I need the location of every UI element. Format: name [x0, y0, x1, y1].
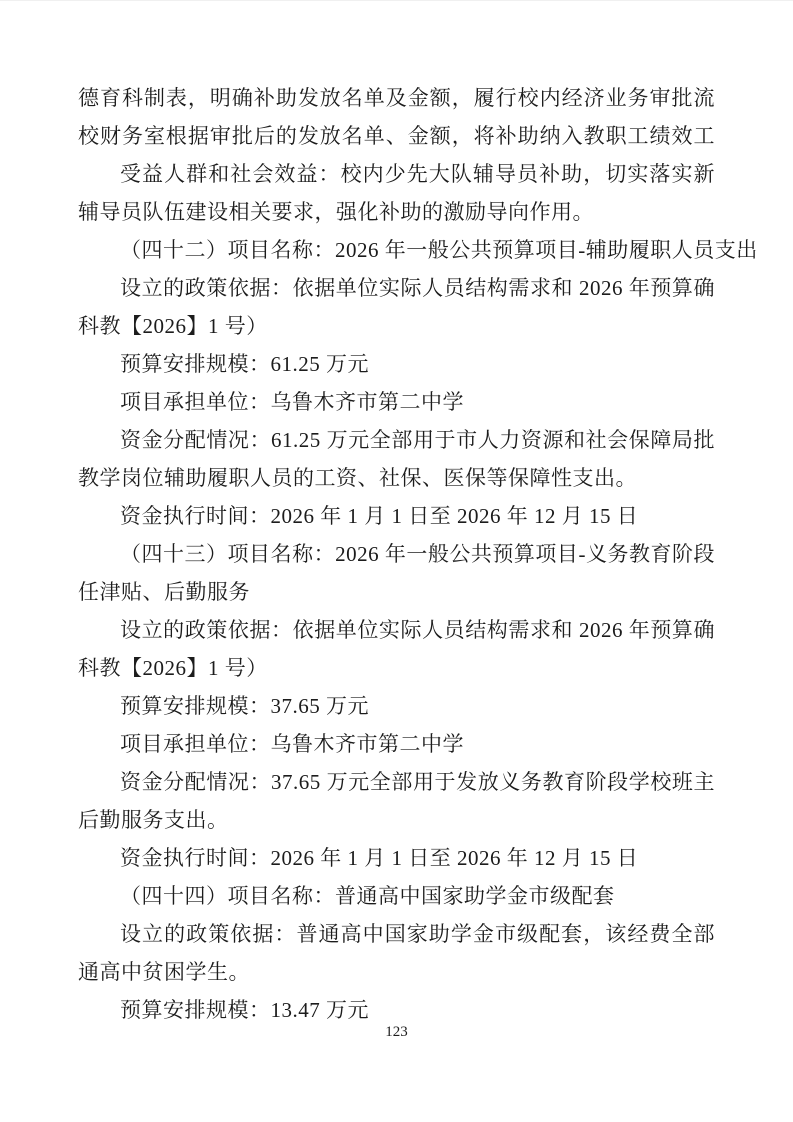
text-line: 资金执行时间：2026 年 1 月 1 日至 2026 年 12 月 15 日 — [78, 497, 715, 535]
text-line: 资金分配情况：61.25 万元全部用于市人力资源和社会保障局批复的教育 — [78, 421, 715, 459]
page-number: 123 — [385, 1022, 408, 1042]
text-line: 任津贴、后勤服务 — [78, 573, 715, 611]
text-line: 设立的政策依据：普通高中国家助学金市级配套，该经费全部用于资助普 — [78, 915, 715, 953]
text-line: 通高中贫困学生。 — [78, 953, 715, 991]
text-line: 受益人群和社会效益：校内少先大队辅导员补助，切实落实新时代少先队 — [78, 155, 715, 193]
text-line: 科教【2026】1 号） — [78, 307, 715, 345]
text-line: 资金分配情况：37.65 万元全部用于发放义务教育阶段学校班主任津贴、 — [78, 763, 715, 801]
text-line: 科教【2026】1 号） — [78, 649, 715, 687]
text-line: 后勤服务支出。 — [78, 801, 715, 839]
text-line: 设立的政策依据：依据单位实际人员结构需求和 2026 年预算确定（乌财 — [78, 611, 715, 649]
text-line: 校财务室根据审批后的发放名单、金额，将补助纳入教职工绩效工资统一发放。 — [78, 117, 715, 155]
text-line: （四十三）项目名称：2026 年一般公共预算项目-义务教育阶段学校班主 — [78, 535, 715, 573]
text-line: 教学岗位辅助履职人员的工资、社保、医保等保障性支出。 — [78, 459, 715, 497]
page-footer: 123 — [0, 1022, 793, 1042]
text-line: （四十四）项目名称：普通高中国家助学金市级配套 — [78, 877, 715, 915]
document-page: 德育科制表，明确补助发放名单及金额，履行校内经济业务审批流程；（6）学校财务室根… — [0, 0, 793, 1122]
text-line: 预算安排规模：61.25 万元 — [78, 345, 715, 383]
text-line: 项目承担单位：乌鲁木齐市第二中学 — [78, 725, 715, 763]
text-line: 设立的政策依据：依据单位实际人员结构需求和 2026 年预算确定（乌财 — [78, 269, 715, 307]
text-line: 辅导员队伍建设相关要求，强化补助的激励导向作用。 — [78, 193, 715, 231]
text-line: 预算安排规模：37.65 万元 — [78, 687, 715, 725]
document-body: 德育科制表，明确补助发放名单及金额，履行校内经济业务审批流程；（6）学校财务室根… — [78, 79, 715, 1029]
text-line: （四十二）项目名称：2026 年一般公共预算项目-辅助履职人员支出 — [78, 231, 715, 269]
page-top-edge — [0, 0, 793, 1]
text-line: 资金执行时间：2026 年 1 月 1 日至 2026 年 12 月 15 日 — [78, 839, 715, 877]
text-line: 项目承担单位：乌鲁木齐市第二中学 — [78, 383, 715, 421]
text-line: 德育科制表，明确补助发放名单及金额，履行校内经济业务审批流程；（6）学 — [78, 79, 715, 117]
